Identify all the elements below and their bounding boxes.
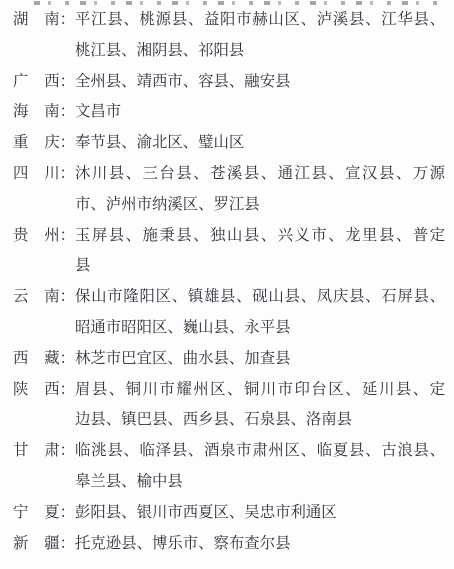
province-label: 陕西：	[13, 375, 75, 406]
colon: ：	[60, 288, 75, 305]
county-line: 托克逊县、博乐市、察布查尔县	[75, 529, 445, 560]
province-char: 州：	[44, 221, 75, 252]
colon: ：	[60, 11, 75, 28]
list-item: 重庆： 奉节县、渝北区、璧山区	[13, 128, 445, 159]
province-label: 四川：	[13, 159, 75, 190]
colon: ：	[60, 442, 75, 459]
list-item: 四川： 沐川县、三台县、苍溪县、通江县、宣汉县、万源市、泸州市纳溪区、罗江县	[13, 159, 445, 221]
province-label: 新疆：	[13, 529, 75, 560]
county-list: 文昌市	[75, 97, 445, 128]
list-item: 云南： 保山市隆阳区、镇雄县、砚山县、凤庆县、石屏县、昭通市昭阳区、巍山县、永平…	[13, 282, 445, 344]
province-char: 宁	[13, 498, 28, 529]
county-list: 眉县、铜川市耀州区、铜川市印台区、延川县、定边县、镇巴县、西乡县、石泉县、洛南县	[75, 375, 445, 437]
province-char: 肃：	[44, 436, 75, 467]
province-char: 南：	[44, 97, 75, 128]
province-char: 湖	[13, 5, 28, 36]
list-item: 陕西： 眉县、铜川市耀州区、铜川市印台区、延川县、定边县、镇巴县、西乡县、石泉县…	[13, 375, 445, 437]
colon: ：	[60, 504, 75, 521]
province-label: 广西：	[13, 67, 75, 98]
province-char: 夏：	[44, 498, 75, 529]
county-line: 眉县、铜川市耀州区、铜川市印台区、延川县、定	[75, 375, 445, 406]
province-char: 西	[13, 344, 28, 375]
colon: ：	[60, 350, 75, 367]
list-item: 宁夏： 彭阳县、银川市西夏区、吴忠市利通区	[13, 498, 445, 529]
county-line: 边县、镇巴县、西乡县、石泉县、洛南县	[75, 405, 445, 436]
colon: ：	[60, 73, 75, 90]
list-item: 湖南： 平江县、桃源县、益阳市赫山区、泸溪县、江华县、桃江县、湘阴县、祁阳县	[13, 5, 445, 67]
province-char: 四	[13, 159, 28, 190]
province-label: 海南：	[13, 97, 75, 128]
county-line: 桃江县、湘阴县、祁阳县	[75, 36, 445, 67]
list-item: 新疆： 托克逊县、博乐市、察布查尔县	[13, 529, 445, 560]
county-list: 平江县、桃源县、益阳市赫山区、泸溪县、江华县、桃江县、湘阴县、祁阳县	[75, 5, 445, 67]
province-char: 云	[13, 282, 28, 313]
province-char: 南：	[44, 5, 75, 36]
colon: ：	[60, 103, 75, 120]
colon: ：	[60, 227, 75, 244]
county-list: 保山市隆阳区、镇雄县、砚山县、凤庆县、石屏县、昭通市昭阳区、巍山县、永平县	[75, 282, 445, 344]
province-char: 川：	[44, 159, 75, 190]
county-line: 奉节县、渝北区、璧山区	[75, 128, 445, 159]
province-label: 云南：	[13, 282, 75, 313]
colon: ：	[60, 134, 75, 151]
province-label: 宁夏：	[13, 498, 75, 529]
county-list: 托克逊县、博乐市、察布查尔县	[75, 529, 445, 560]
list-item: 西藏： 林芝市巴宜区、曲水县、加查县	[13, 344, 445, 375]
county-list: 奉节县、渝北区、璧山区	[75, 128, 445, 159]
province-char: 西：	[44, 375, 75, 406]
list-item: 海南： 文昌市	[13, 97, 445, 128]
county-line: 全州县、靖西市、容县、融安县	[75, 67, 445, 98]
province-char: 疆：	[44, 529, 75, 560]
county-list: 全州县、靖西市、容县、融安县	[75, 67, 445, 98]
county-line: 保山市隆阳区、镇雄县、砚山县、凤庆县、石屏县、	[75, 282, 445, 313]
county-line: 平江县、桃源县、益阳市赫山区、泸溪县、江华县、	[75, 5, 445, 36]
province-char: 庆：	[44, 128, 75, 159]
county-line: 沐川县、三台县、苍溪县、通江县、宣汉县、万源	[75, 159, 445, 190]
province-char: 甘	[13, 436, 28, 467]
county-line: 县	[75, 251, 445, 282]
colon: ：	[60, 535, 75, 552]
province-label: 甘肃：	[13, 436, 75, 467]
list-item: 广西： 全州县、靖西市、容县、融安县	[13, 67, 445, 98]
province-label: 贵州：	[13, 221, 75, 252]
county-line: 昭通市昭阳区、巍山县、永平县	[75, 313, 445, 344]
province-char: 广	[13, 67, 28, 98]
county-list: 林芝市巴宜区、曲水县、加查县	[75, 344, 445, 375]
province-label: 重庆：	[13, 128, 75, 159]
county-line: 市、泸州市纳溪区、罗江县	[75, 190, 445, 221]
list-item: 贵州： 玉屏县、施秉县、独山县、兴义市、龙里县、普定县	[13, 221, 445, 283]
province-char: 南：	[44, 282, 75, 313]
county-line: 文昌市	[75, 97, 445, 128]
province-char: 西：	[44, 67, 75, 98]
province-county-list: 湖南： 平江县、桃源县、益阳市赫山区、泸溪县、江华县、桃江县、湘阴县、祁阳县 广…	[13, 5, 445, 559]
county-list: 玉屏县、施秉县、独山县、兴义市、龙里县、普定县	[75, 221, 445, 283]
county-list: 临洮县、临泽县、酒泉市肃州区、临夏县、古浪县、皋兰县、榆中县	[75, 436, 445, 498]
county-list: 彭阳县、银川市西夏区、吴忠市利通区	[75, 498, 445, 529]
list-item: 甘肃： 临洮县、临泽县、酒泉市肃州区、临夏县、古浪县、皋兰县、榆中县	[13, 436, 445, 498]
county-line: 彭阳县、银川市西夏区、吴忠市利通区	[75, 498, 445, 529]
province-char: 重	[13, 128, 28, 159]
county-line: 临洮县、临泽县、酒泉市肃州区、临夏县、古浪县、	[75, 436, 445, 467]
province-label: 西藏：	[13, 344, 75, 375]
colon: ：	[60, 165, 75, 182]
province-label: 湖南：	[13, 5, 75, 36]
province-char: 海	[13, 97, 28, 128]
document-page: 湖南： 平江县、桃源县、益阳市赫山区、泸溪县、江华县、桃江县、湘阴县、祁阳县 广…	[0, 0, 454, 569]
province-char: 贵	[13, 221, 28, 252]
province-char: 藏：	[44, 344, 75, 375]
colon: ：	[60, 381, 75, 398]
county-list: 沐川县、三台县、苍溪县、通江县、宣汉县、万源市、泸州市纳溪区、罗江县	[75, 159, 445, 221]
county-line: 林芝市巴宜区、曲水县、加查县	[75, 344, 445, 375]
province-char: 新	[13, 529, 28, 560]
county-line: 皋兰县、榆中县	[75, 467, 445, 498]
province-char: 陕	[13, 375, 28, 406]
county-line: 玉屏县、施秉县、独山县、兴义市、龙里县、普定	[75, 221, 445, 252]
